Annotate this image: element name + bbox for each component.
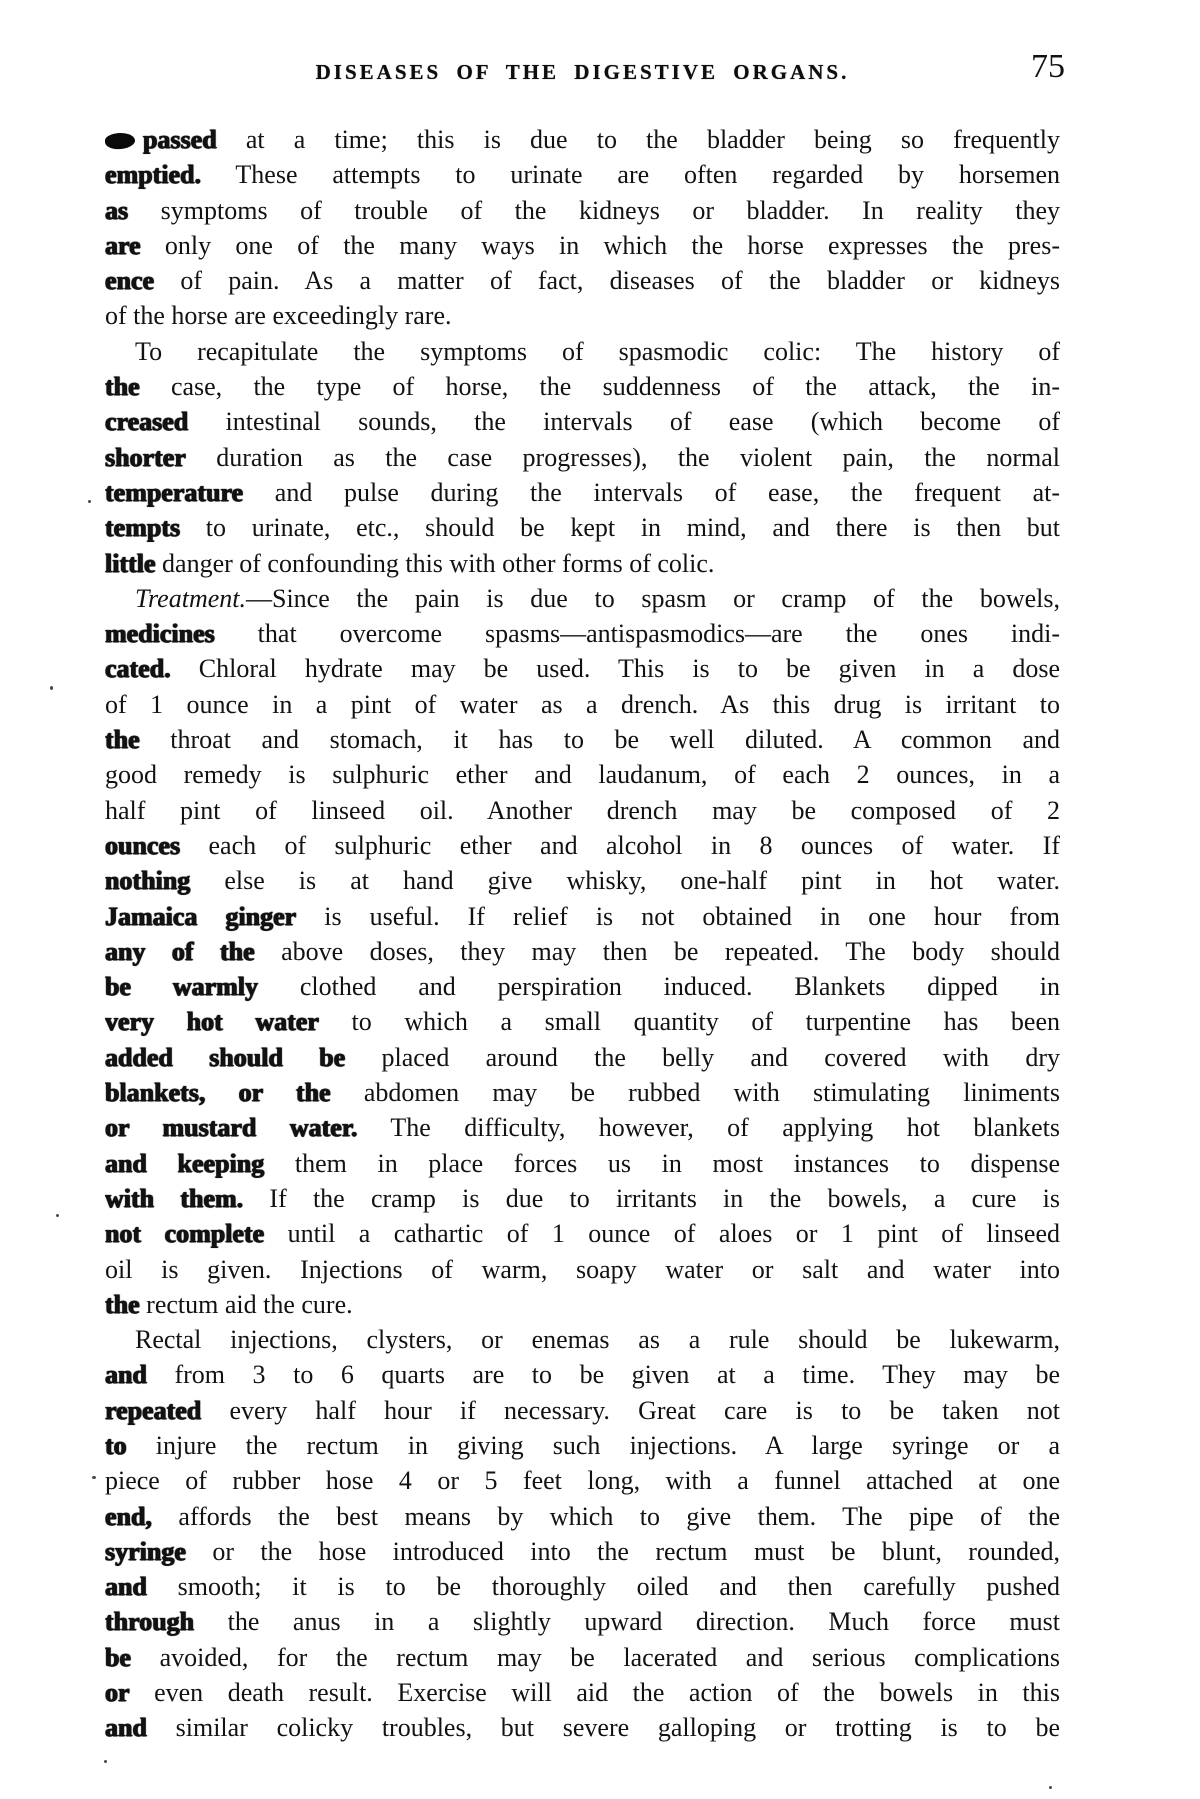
ink-speck: [92, 1476, 96, 1479]
smudged-word: or mustard water.: [105, 1113, 357, 1142]
italic-lead-word: Treatment.: [135, 584, 246, 613]
text-line: be warmly clothed and perspiration induc…: [105, 969, 1060, 1004]
smudged-word: creased: [105, 407, 188, 436]
ink-speck: [1049, 1786, 1052, 1789]
text-line: ence of pain. As a matter of fact, disea…: [105, 263, 1060, 298]
text-line: little danger of confounding this with o…: [105, 546, 1060, 581]
text-line: to injure the rectum in giving such inje…: [105, 1428, 1060, 1463]
running-head: DISEASES OF THE DIGESTIVE ORGANS.: [105, 60, 1060, 85]
text-line: and from 3 to 6 quarts are to be given a…: [105, 1357, 1060, 1392]
smudged-word: or: [105, 1678, 130, 1707]
text-line: the throat and stomach, it has to be wel…: [105, 722, 1060, 757]
text-line: Rectal injections, clysters, or enemas a…: [105, 1322, 1060, 1357]
smudged-word: syringe: [105, 1537, 186, 1566]
smudged-word: very hot water: [105, 1007, 319, 1036]
smudged-word: tempts: [105, 513, 180, 542]
ink-blob: [105, 131, 136, 150]
smudged-word: nothing: [105, 866, 190, 895]
paragraph: passed at a time; this is due to the bla…: [105, 122, 1060, 334]
text-line: Jamaica ginger is useful. If relief is n…: [105, 899, 1060, 934]
paragraph: To recapitulate the symptoms of spasmodi…: [105, 334, 1060, 581]
smudged-word: ounces: [105, 831, 180, 860]
text-line: repeated every half hour if necessary. G…: [105, 1393, 1060, 1428]
smudged-word: ence: [105, 266, 154, 295]
smudged-word: through: [105, 1607, 194, 1636]
smudged-word: any of the: [105, 937, 255, 966]
smudged-word: added should be: [105, 1043, 345, 1072]
page-number: 75: [1010, 48, 1065, 86]
text-line: and similar colicky troubles, but severe…: [105, 1710, 1060, 1745]
text-line: and keeping them in place forces us in m…: [105, 1146, 1060, 1181]
smudged-word: passed: [143, 125, 217, 154]
text-line: half pint of linseed oil. Another drench…: [105, 793, 1060, 828]
smudged-word: the: [105, 372, 140, 401]
text-line: of 1 ounce in a pint of water as a drenc…: [105, 687, 1060, 722]
smudged-word: and: [105, 1713, 147, 1742]
text-line: medicines that overcome spasms—antispasm…: [105, 616, 1060, 651]
smudged-word: be: [105, 1643, 131, 1672]
smudged-word: blankets, or the: [105, 1078, 331, 1107]
text-line: through the anus in a slightly upward di…: [105, 1604, 1060, 1639]
smudged-word: and: [105, 1360, 147, 1389]
text-line: any of the above doses, they may then be…: [105, 934, 1060, 969]
text-line: syringe or the hose introduced into the …: [105, 1534, 1060, 1569]
text-line: tempts to urinate, etc., should be kept …: [105, 510, 1060, 545]
smudged-word: not complete: [105, 1219, 264, 1248]
text-line: oil is given. Injections of warm, soapy …: [105, 1252, 1060, 1287]
text-line: ounces each of sulphuric ether and alcoh…: [105, 828, 1060, 863]
text-line: the case, the type of horse, the suddenn…: [105, 369, 1060, 404]
text-line: cated. Chloral hydrate may be used. This…: [105, 651, 1060, 686]
smudged-word: little: [105, 549, 156, 578]
smudged-word: shorter: [105, 443, 186, 472]
text-line: of the horse are exceedingly rare.: [105, 298, 1060, 333]
smudged-word: temperature: [105, 478, 243, 507]
text-line: passed at a time; this is due to the bla…: [105, 122, 1060, 157]
smudged-word: as: [105, 196, 128, 225]
text-line: temperature and pulse during the interva…: [105, 475, 1060, 510]
smudged-word: emptied.: [105, 160, 201, 189]
text-line: good remedy is sulphuric ether and lauda…: [105, 757, 1060, 792]
paragraph: Treatment.—Since the pain is due to spas…: [105, 581, 1060, 1322]
ink-speck: [88, 500, 91, 503]
text-line: with them. If the cramp is due to irrita…: [105, 1181, 1060, 1216]
text-line: end, affords the best means by which to …: [105, 1499, 1060, 1534]
text-line: creased intestinal sounds, the intervals…: [105, 404, 1060, 439]
smudged-word: medicines: [105, 619, 215, 648]
text-line: nothing else is at hand give whisky, one…: [105, 863, 1060, 898]
ink-speck: [56, 1214, 59, 1217]
page-body: passed at a time; this is due to the bla…: [105, 122, 1060, 1746]
smudged-word: cated.: [105, 654, 171, 683]
smudged-word: be warmly: [105, 972, 258, 1001]
text-line: are only one of the many ways in which t…: [105, 228, 1060, 263]
text-line: very hot water to which a small quantity…: [105, 1004, 1060, 1039]
text-line: and smooth; it is to be thoroughly oiled…: [105, 1569, 1060, 1604]
smudged-word: and: [105, 1572, 147, 1601]
smudged-word: with them.: [105, 1184, 243, 1213]
text-line: or even death result. Exercise will aid …: [105, 1675, 1060, 1710]
paragraph: Rectal injections, clysters, or enemas a…: [105, 1322, 1060, 1746]
text-line: shorter duration as the case progresses)…: [105, 440, 1060, 475]
smudged-word: are: [105, 231, 141, 260]
text-line: or mustard water. The difficulty, howeve…: [105, 1110, 1060, 1145]
smudged-word: the: [105, 725, 140, 754]
text-line: as symptoms of trouble of the kidneys or…: [105, 193, 1060, 228]
smudged-word: the: [105, 1290, 140, 1319]
book-page: DISEASES OF THE DIGESTIVE ORGANS. 75 pas…: [0, 0, 1200, 1799]
text-line: not complete until a cathartic of 1 ounc…: [105, 1216, 1060, 1251]
text-line: be avoided, for the rectum may be lacera…: [105, 1640, 1060, 1675]
smudged-word: Jamaica ginger: [105, 902, 296, 931]
text-line: Treatment.—Since the pain is due to spas…: [105, 581, 1060, 616]
ink-speck: [104, 1760, 107, 1763]
text-line: blankets, or the abdomen may be rubbed w…: [105, 1075, 1060, 1110]
smudged-word: end,: [105, 1502, 152, 1531]
ink-speck: [50, 686, 53, 690]
text-line: emptied. These attempts to urinate are o…: [105, 157, 1060, 192]
smudged-word: and keeping: [105, 1149, 264, 1178]
text-line: the rectum aid the cure.: [105, 1287, 1060, 1322]
text-line: To recapitulate the symptoms of spasmodi…: [105, 334, 1060, 369]
smudged-word: repeated: [105, 1396, 201, 1425]
text-line: added should be placed around the belly …: [105, 1040, 1060, 1075]
smudged-word: to: [105, 1431, 127, 1460]
text-line: piece of rubber hose 4 or 5 feet long, w…: [105, 1463, 1060, 1498]
